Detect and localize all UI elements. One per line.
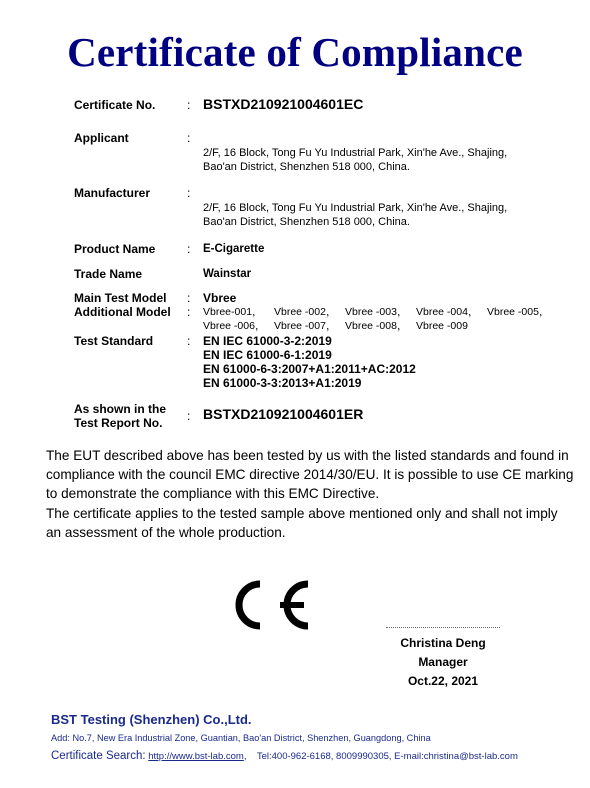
colon: : — [187, 131, 190, 145]
signatory-name: Christina Deng — [370, 636, 516, 650]
footer-company-name: BST Testing (Shenzhen) Co.,Ltd. — [51, 712, 252, 727]
product-name-value: E-Cigarette — [203, 242, 264, 256]
model-item: Vbree-001， — [203, 305, 274, 319]
statement-paragraph-2: The certificate applies to the tested sa… — [46, 504, 576, 542]
applicant-address-line2: Bao'an District, Shenzhen 518 000, China… — [203, 160, 410, 174]
colon: : — [187, 186, 190, 200]
colon: : — [187, 98, 190, 112]
compliance-statement: The EUT described above has been tested … — [46, 446, 576, 542]
model-item: Vbree -004， — [416, 305, 487, 319]
colon: : — [187, 291, 190, 305]
statement-paragraph-1: The EUT described above has been tested … — [46, 446, 576, 504]
product-name-label: Product Name — [74, 242, 186, 256]
test-report-label-line1: As shown in the — [74, 402, 186, 416]
signature-date: Oct.22, 2021 — [370, 674, 516, 688]
applicant-address-line1: 2/F, 16 Block, Tong Fu Yu Industrial Par… — [203, 146, 507, 160]
website-link[interactable]: http://www.bst-lab.com — [148, 751, 244, 762]
colon: : — [187, 409, 190, 423]
manufacturer-address-line2: Bao'an District, Shenzhen 518 000, China… — [203, 215, 410, 229]
colon: : — [187, 334, 190, 348]
test-standard-item: EN 61000-6-3:2007+A1:2011+AC:2012 — [203, 362, 416, 376]
applicant-label: Applicant — [74, 131, 186, 145]
page-title: Certificate of Compliance — [0, 28, 590, 76]
footer-address: Add: No.7, New Era Industrial Zone, Guan… — [51, 733, 431, 743]
model-item: Vbree -007， — [274, 319, 345, 333]
model-item: Vbree -002， — [274, 305, 345, 319]
ce-mark-icon — [222, 580, 312, 630]
colon: : — [187, 242, 190, 256]
test-standard-item: EN IEC 61000-3-2:2019 — [203, 334, 332, 348]
main-test-model-value: Vbree — [203, 291, 236, 305]
test-standard-item: EN 61000-3-3:2013+A1:2019 — [203, 376, 361, 390]
model-item: Vbree -005， — [487, 305, 549, 319]
main-test-model-label: Main Test Model — [74, 291, 186, 305]
trade-name-value: Wainstar — [203, 267, 251, 281]
model-item: Vbree -009 — [416, 319, 468, 333]
model-item: Vbree -003， — [345, 305, 416, 319]
manufacturer-address-line1: 2/F, 16 Block, Tong Fu Yu Industrial Par… — [203, 201, 507, 215]
contact-info: , Tel:400-962-6168, 8009990305, E-mail:c… — [244, 751, 518, 762]
test-standard-item: EN IEC 61000-6-1:2019 — [203, 348, 332, 362]
model-item: Vbree -008， — [345, 319, 416, 333]
colon: : — [187, 305, 190, 319]
certificate-no-label: Certificate No. — [74, 98, 186, 112]
certificate-search-label: Certificate Search: — [51, 750, 146, 762]
signature-line — [386, 627, 500, 628]
model-item: Vbree -006， — [203, 319, 274, 333]
trade-name-label: Trade Name — [74, 267, 186, 281]
additional-models-row2: Vbree -006，Vbree -007，Vbree -008，Vbree -… — [203, 319, 468, 333]
manufacturer-label: Manufacturer — [74, 186, 186, 200]
test-standard-label: Test Standard — [74, 334, 186, 348]
additional-model-label: Additional Model — [74, 305, 186, 319]
test-report-label-line2: Test Report No. — [74, 416, 186, 430]
certificate-no-value: BSTXD210921004601EC — [203, 97, 363, 111]
signatory-title: Manager — [370, 655, 516, 669]
footer-contact: Certificate Search: http://www.bst-lab.c… — [51, 750, 518, 762]
test-report-value: BSTXD210921004601ER — [203, 407, 363, 421]
additional-models-row1: Vbree-001，Vbree -002，Vbree -003，Vbree -0… — [203, 305, 549, 319]
